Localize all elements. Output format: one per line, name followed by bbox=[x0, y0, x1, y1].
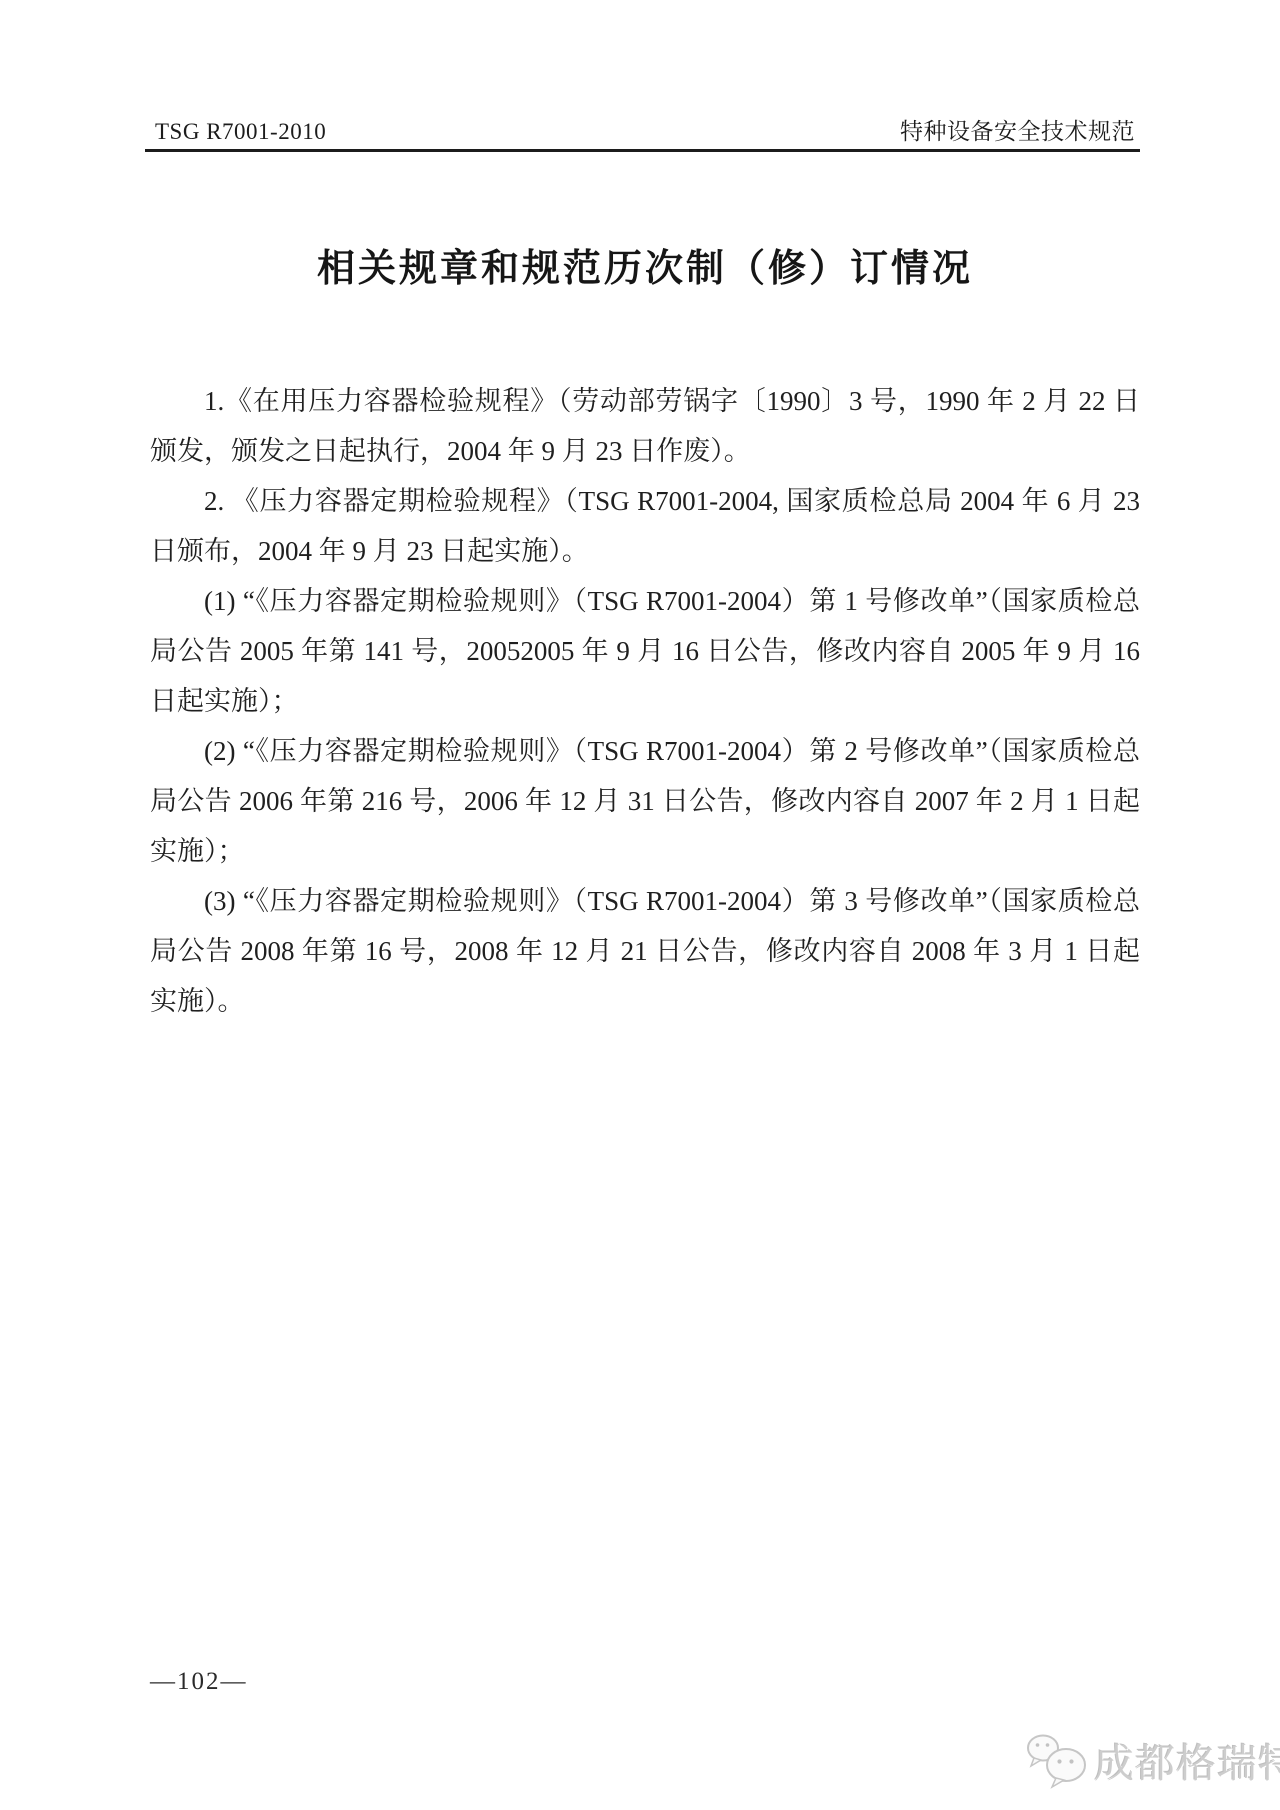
body-paragraph: (3) “《压力容器定期检验规则》（TSG R7001-2004）第 3 号修改… bbox=[150, 876, 1140, 1026]
body-paragraph: (1) “《压力容器定期检验规则》（TSG R7001-2004）第 1 号修改… bbox=[150, 576, 1140, 726]
body-paragraph: 2. 《压力容器定期检验规程》（TSG R7001-2004, 国家质检总局 2… bbox=[150, 476, 1140, 576]
body-paragraph: 1.《在用压力容器检验规程》（劳动部劳锅字〔1990〕3 号，1990 年 2 … bbox=[150, 376, 1140, 476]
header-doc-code: TSG R7001-2010 bbox=[155, 118, 326, 146]
document-page: TSG R7001-2010 特种设备安全技术规范 相关规章和规范历次制（修）订… bbox=[0, 0, 1280, 1810]
watermark: 成都格瑞特 bbox=[1026, 1732, 1280, 1789]
body-paragraph: (2) “《压力容器定期检验规则》（TSG R7001-2004）第 2 号修改… bbox=[150, 726, 1140, 876]
wechat-icon bbox=[1026, 1733, 1088, 1789]
document-body: 1.《在用压力容器检验规程》（劳动部劳锅字〔1990〕3 号，1990 年 2 … bbox=[150, 376, 1140, 1026]
page-header: TSG R7001-2010 特种设备安全技术规范 bbox=[145, 118, 1140, 148]
header-doc-category: 特种设备安全技术规范 bbox=[900, 118, 1135, 146]
page-number: —102— bbox=[150, 1668, 248, 1696]
page-title: 相关规章和规范历次制（修）订情况 bbox=[150, 248, 1140, 290]
header-rule bbox=[145, 149, 1140, 152]
watermark-label: 成都格瑞特 bbox=[1094, 1732, 1280, 1789]
